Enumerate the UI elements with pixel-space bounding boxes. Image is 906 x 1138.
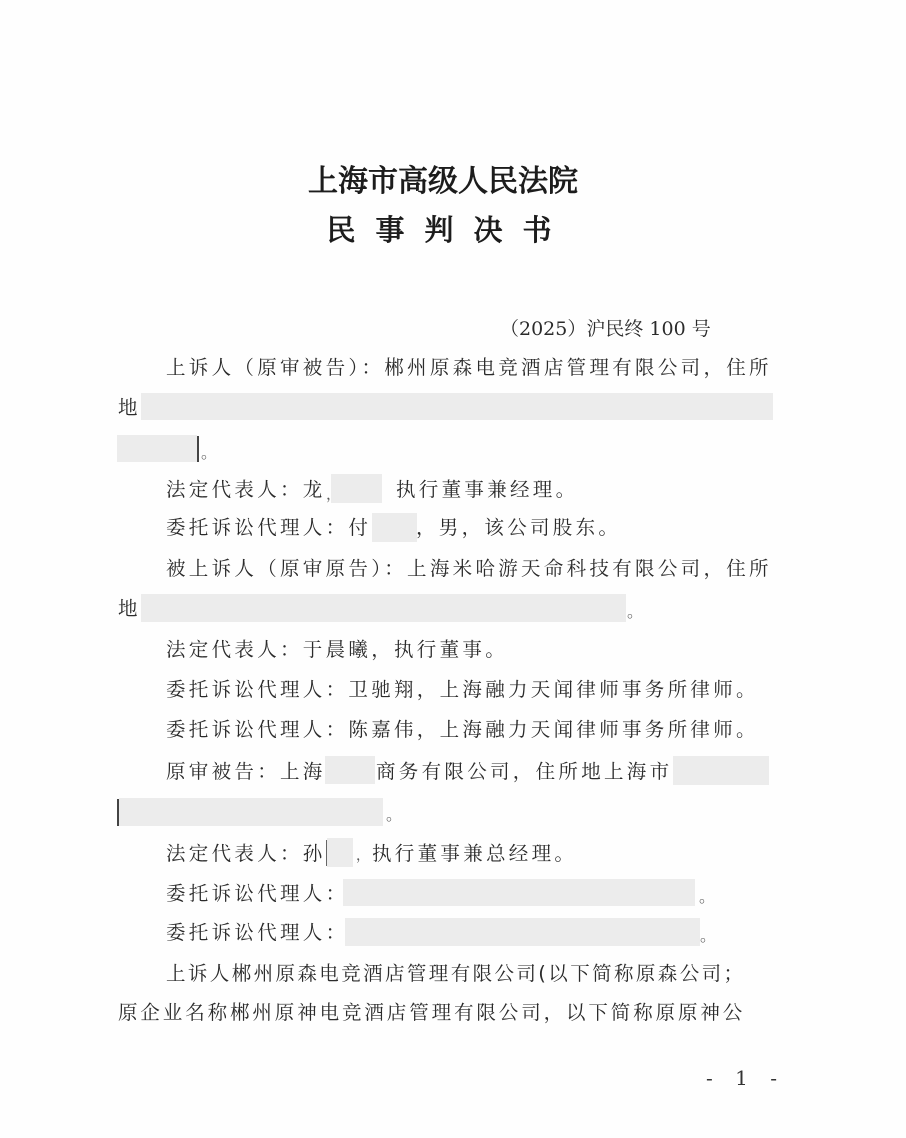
appellee-line: 被上诉人（原审原告）：上海米哈游天命科技有限公司，住所: [166, 557, 772, 581]
redacted-appellant-address-cont: [117, 435, 197, 462]
appellee-address-prefix: 地: [118, 597, 141, 621]
case-number: （2025）沪民终 100 号: [500, 314, 711, 341]
redacted-orig-defendant-address-cont: [119, 798, 383, 826]
orig-defendant-agent-2-label: 委托诉讼代理人：: [166, 921, 348, 945]
orig-defendant-rep-comma: ，: [356, 846, 370, 866]
body-paragraph-line-1: 上诉人郴州原森电竞酒店管理有限公司(以下简称原森公司；: [166, 962, 745, 986]
court-name-title: 上海市高级人民法院: [0, 156, 896, 200]
appellant-legal-rep-title: 执行董事兼经理。: [396, 478, 578, 502]
orig-defendant-mid: 商务有限公司，住所地上海市: [376, 760, 672, 784]
appellant-address-end: 。: [201, 443, 217, 463]
orig-defendant-prefix: 原审被告：上海: [166, 760, 326, 784]
redacted-orig-defendant-address: [673, 756, 769, 785]
appellant-line: 上诉人（原审被告）：郴州原森电竞酒店管理有限公司，住所: [166, 356, 772, 380]
redacted-orig-defendant-agent-2: [345, 918, 700, 946]
orig-defendant-rep-title: 执行董事兼总经理。: [372, 842, 577, 866]
redacted-orig-defendant-rep-name: [327, 838, 353, 867]
appellee-legal-rep: 法定代表人：于晨曦，执行董事。: [166, 638, 508, 662]
redacted-appellant-address: [141, 393, 773, 420]
page-number: - 1 -: [706, 1066, 785, 1090]
redacted-appellant-agent-name: [372, 513, 417, 542]
appellee-agent-2: 委托诉讼代理人：陈嘉伟，上海融力天闻律师事务所律师。: [166, 718, 759, 742]
orig-defendant-agent-2-end: 。: [700, 926, 716, 946]
redacted-appellant-rep-name: [331, 474, 382, 503]
redacted-orig-defendant-name: [325, 756, 375, 784]
appellant-agent-label: 委托诉讼代理人：付: [166, 516, 371, 540]
redacted-appellee-address: [141, 594, 626, 622]
judgment-page: 上海市高级人民法院 民事判决书 （2025）沪民终 100 号 上诉人（原审被告…: [0, 0, 906, 1138]
orig-defendant-address-end: 。: [386, 805, 402, 825]
appellant-legal-rep-label: 法定代表人：龙: [166, 478, 326, 502]
appellant-agent-desc: ，男，该公司股东。: [416, 516, 621, 540]
body-paragraph-line-2: 原企业名称郴州原神电竞酒店管理有限公司，以下简称原原神公: [118, 1001, 745, 1025]
document-type-title: 民事判决书: [0, 208, 902, 249]
appellant-address-prefix: 地: [118, 396, 141, 420]
text-caret: [197, 436, 199, 462]
orig-defendant-agent-1-end: 。: [699, 887, 715, 907]
orig-defendant-agent-1-label: 委托诉讼代理人：: [166, 882, 348, 906]
orig-defendant-rep-label: 法定代表人：孙: [166, 842, 326, 866]
appellee-agent-1: 委托诉讼代理人：卫驰翔，上海融力天闻律师事务所律师。: [166, 678, 759, 702]
redacted-orig-defendant-agent-1: [343, 879, 695, 906]
appellee-address-end: 。: [627, 602, 643, 622]
